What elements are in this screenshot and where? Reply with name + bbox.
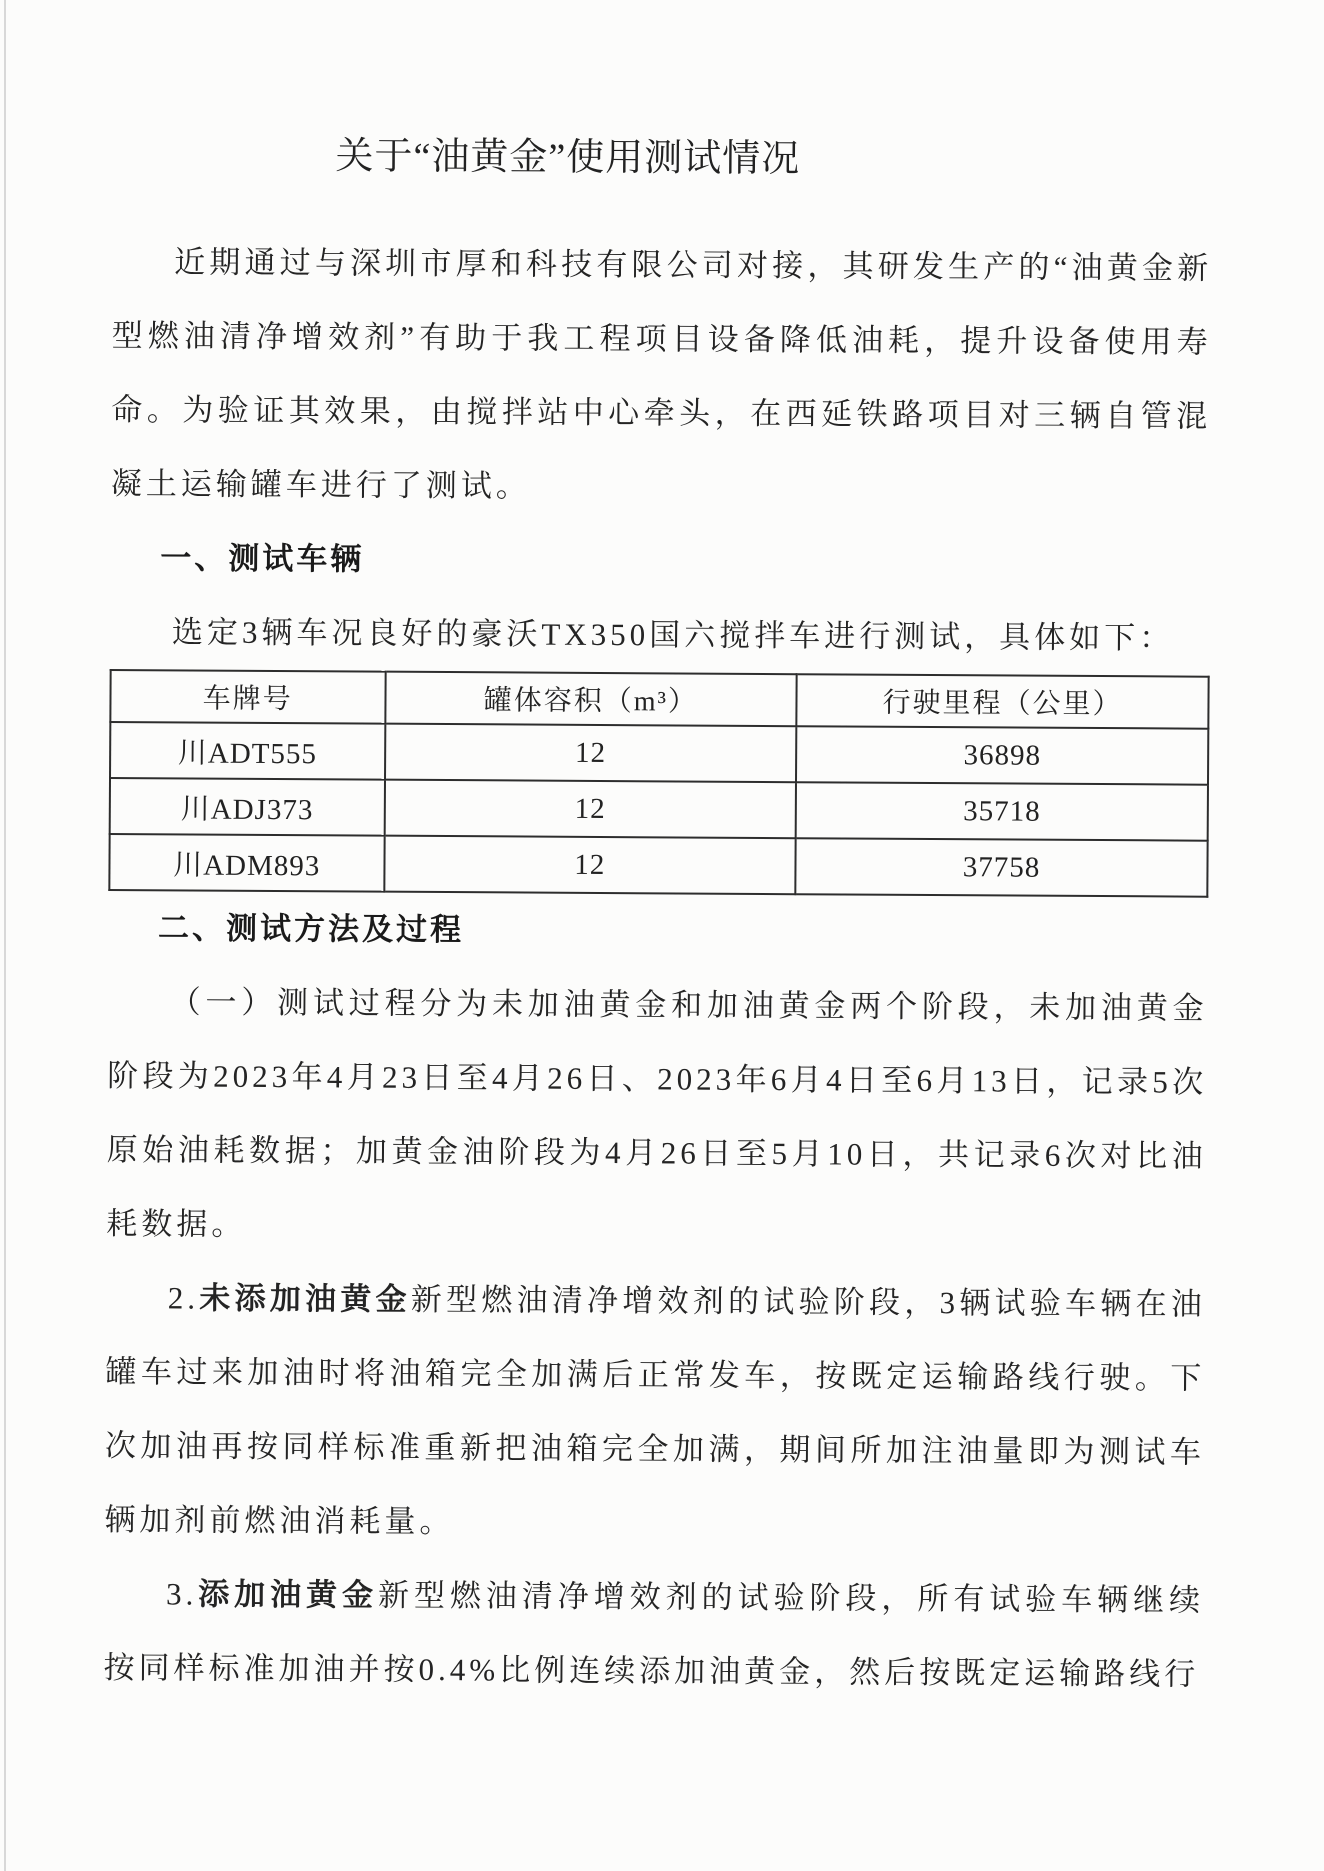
- method-paragraph-2: 2.未添加油黄金新型燃油清净增效剂的试验阶段，3辆试验车辆在油罐车过来加油时将油…: [104, 1261, 1206, 1564]
- header-mileage: 行驶里程（公里）: [797, 674, 1209, 729]
- mileage-cell: 37758: [796, 838, 1208, 897]
- plate-cell: 川ADM893: [109, 834, 384, 892]
- bold-term-no-additive: 未添加油黄金: [199, 1281, 411, 1317]
- section2-heading: 二、测试方法及过程: [108, 891, 1208, 972]
- paragraph-number: 2.: [168, 1280, 199, 1315]
- plate-cell: 川ADJ373: [110, 778, 385, 836]
- document-title: 关于“油黄金”使用测试情况: [18, 124, 1118, 191]
- table-row: 川ADM893 12 37758: [109, 834, 1207, 897]
- method-paragraph-3: 3.添加油黄金新型燃油清净增效剂的试验阶段，所有试验车辆继续按同样标准加油并按0…: [103, 1557, 1204, 1712]
- section1-heading: 一、测试车辆: [110, 521, 1210, 602]
- mileage-cell: 36898: [796, 726, 1208, 785]
- plate-cell: 川ADT555: [110, 722, 385, 780]
- section1-lead: 选定3辆车况良好的豪沃TX350国六搅拌车进行测试，具体如下：: [110, 595, 1210, 676]
- paragraph-number: 3.: [166, 1576, 197, 1611]
- paragraph-text: 新型燃油清净增效剂的试验阶段，3辆试验车辆在油罐车过来加油时将油箱完全加满后正常…: [104, 1282, 1206, 1539]
- method-paragraph-1: （一）测试过程分为未加油黄金和加油黄金两个阶段，未加油黄金阶段为2023年4月2…: [106, 965, 1208, 1268]
- table-header-row: 车牌号 罐体容积（m³） 行驶里程（公里）: [110, 670, 1208, 729]
- header-tank-capacity: 罐体容积（m³）: [385, 672, 797, 727]
- mileage-cell: 35718: [796, 782, 1208, 841]
- capacity-cell: 12: [384, 780, 796, 839]
- vehicle-table: 车牌号 罐体容积（m³） 行驶里程（公里） 川ADT555 12 36898 川…: [108, 669, 1209, 898]
- table-row: 川ADJ373 12 35718: [110, 778, 1208, 841]
- scanned-document-page: 关于“油黄金”使用测试情况 近期通过与深圳市厚和科技有限公司对接，其研发生产的“…: [0, 0, 1324, 1871]
- header-plate-number: 车牌号: [110, 670, 385, 724]
- intro-paragraph: 近期通过与深圳市厚和科技有限公司对接，其研发生产的“油黄金新型燃油清净增效剂”有…: [111, 225, 1213, 528]
- document-content: 关于“油黄金”使用测试情况 近期通过与深圳市厚和科技有限公司对接，其研发生产的“…: [103, 125, 1213, 1712]
- capacity-cell: 12: [384, 836, 796, 895]
- capacity-cell: 12: [385, 724, 797, 783]
- bold-term-with-additive: 添加油黄金: [197, 1577, 378, 1613]
- table-row: 川ADT555 12 36898: [110, 722, 1208, 785]
- scan-edge-line: [4, 0, 6, 1871]
